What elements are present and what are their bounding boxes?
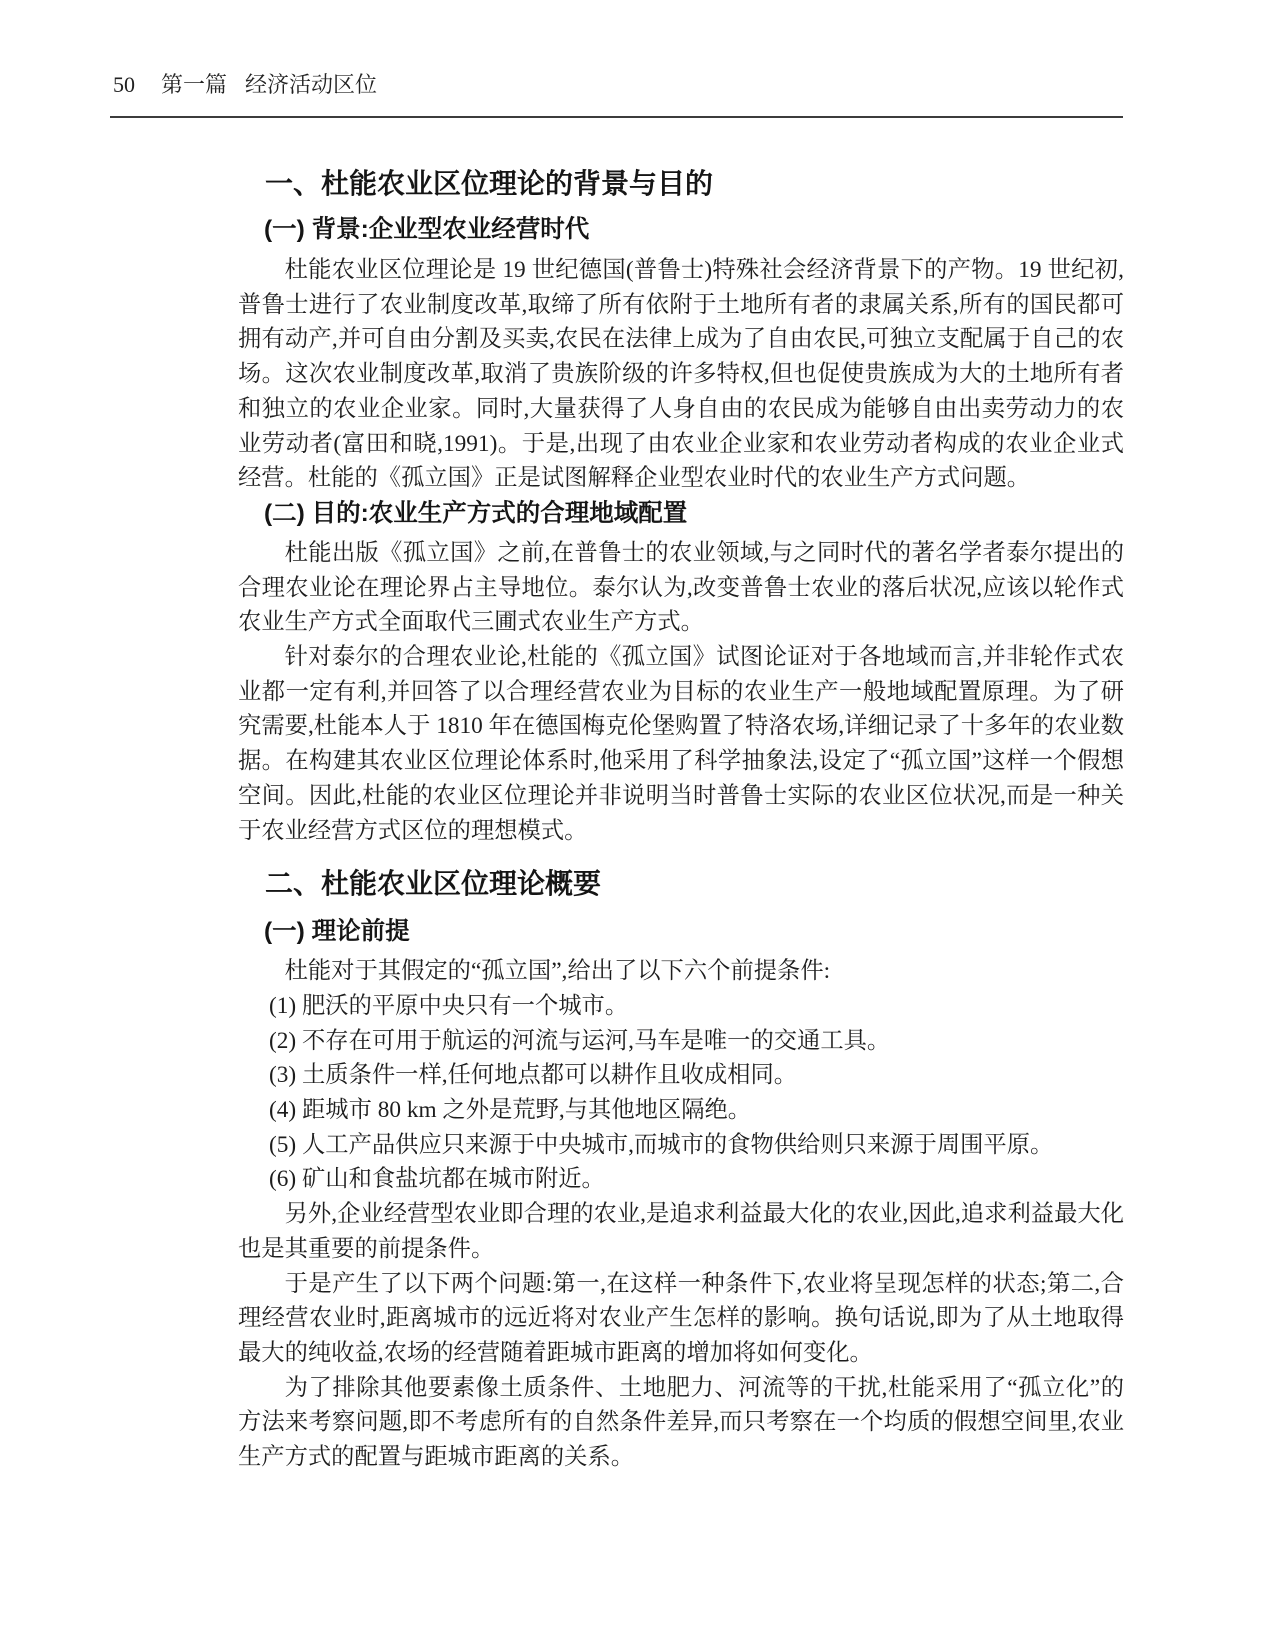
section-2-sub-1-heading: (一) 理论前提 [264,914,1124,950]
premises-paragraph-1: 另外,企业经营型农业即合理的农业,是追求利益最大化的农业,因此,追求利益最大化也… [238,1197,1124,1266]
premise-condition-6: (6) 矿山和食盐坑都在城市附近。 [269,1162,1124,1197]
purpose-paragraph-1: 杜能出版《孤立国》之前,在普鲁士的农业领域,与之同时代的著名学者泰尔提出的合理农… [238,536,1124,640]
premises-paragraph-2: 于是产生了以下两个问题:第一,在这样一种条件下,农业将呈现怎样的状态;第二,合理… [238,1267,1124,1371]
premise-condition-4: (4) 距城市 80 km 之外是荒野,与其他地区隔绝。 [269,1093,1124,1128]
premise-condition-5: (5) 人工产品供应只来源于中央城市,而城市的食物供给则只来源于周围平原。 [269,1128,1124,1163]
premise-condition-3: (3) 土质条件一样,任何地点都可以耕作且收成相同。 [269,1058,1124,1093]
page-content: 一、杜能农业区位理论的背景与目的 (一) 背景:企业型农业经营时代 杜能农业区位… [238,0,1124,1475]
page-number: 50 [113,72,135,98]
premise-conditions-list: (1) 肥沃的平原中央只有一个城市。 (2) 不存在可用于航运的河流与运河,马车… [238,989,1124,1197]
background-paragraph: 杜能农业区位理论是 19 世纪德国(普鲁士)特殊社会经济背景下的产物。19 世纪… [238,253,1124,496]
section-1-sub-1-heading: (一) 背景:企业型农业经营时代 [264,212,1124,248]
section-1-sub-2-heading: (二) 目的:农业生产方式的合理地域配置 [264,496,1124,532]
premises-intro: 杜能对于其假定的“孤立国”,给出了以下六个前提条件: [238,954,1124,989]
premise-condition-1: (1) 肥沃的平原中央只有一个城市。 [269,989,1124,1024]
premises-paragraph-3: 为了排除其他要素像土质条件、土地肥力、河流等的干扰,杜能采用了“孤立化”的方法来… [238,1371,1124,1475]
premise-condition-2: (2) 不存在可用于航运的河流与运河,马车是唯一的交通工具。 [269,1024,1124,1059]
running-head-part: 第一篇 [161,72,227,98]
purpose-paragraph-2: 针对泰尔的合理农业论,杜能的《孤立国》试图论证对于各地域而言,并非轮作式农业都一… [238,640,1124,848]
book-page: 50第一篇经济活动区位 一、杜能农业区位理论的背景与目的 (一) 背景:企业型农… [0,0,1266,1637]
section-1-heading: 一、杜能农业区位理论的背景与目的 [265,166,1124,202]
section-2-heading: 二、杜能农业区位理论概要 [265,866,1124,902]
